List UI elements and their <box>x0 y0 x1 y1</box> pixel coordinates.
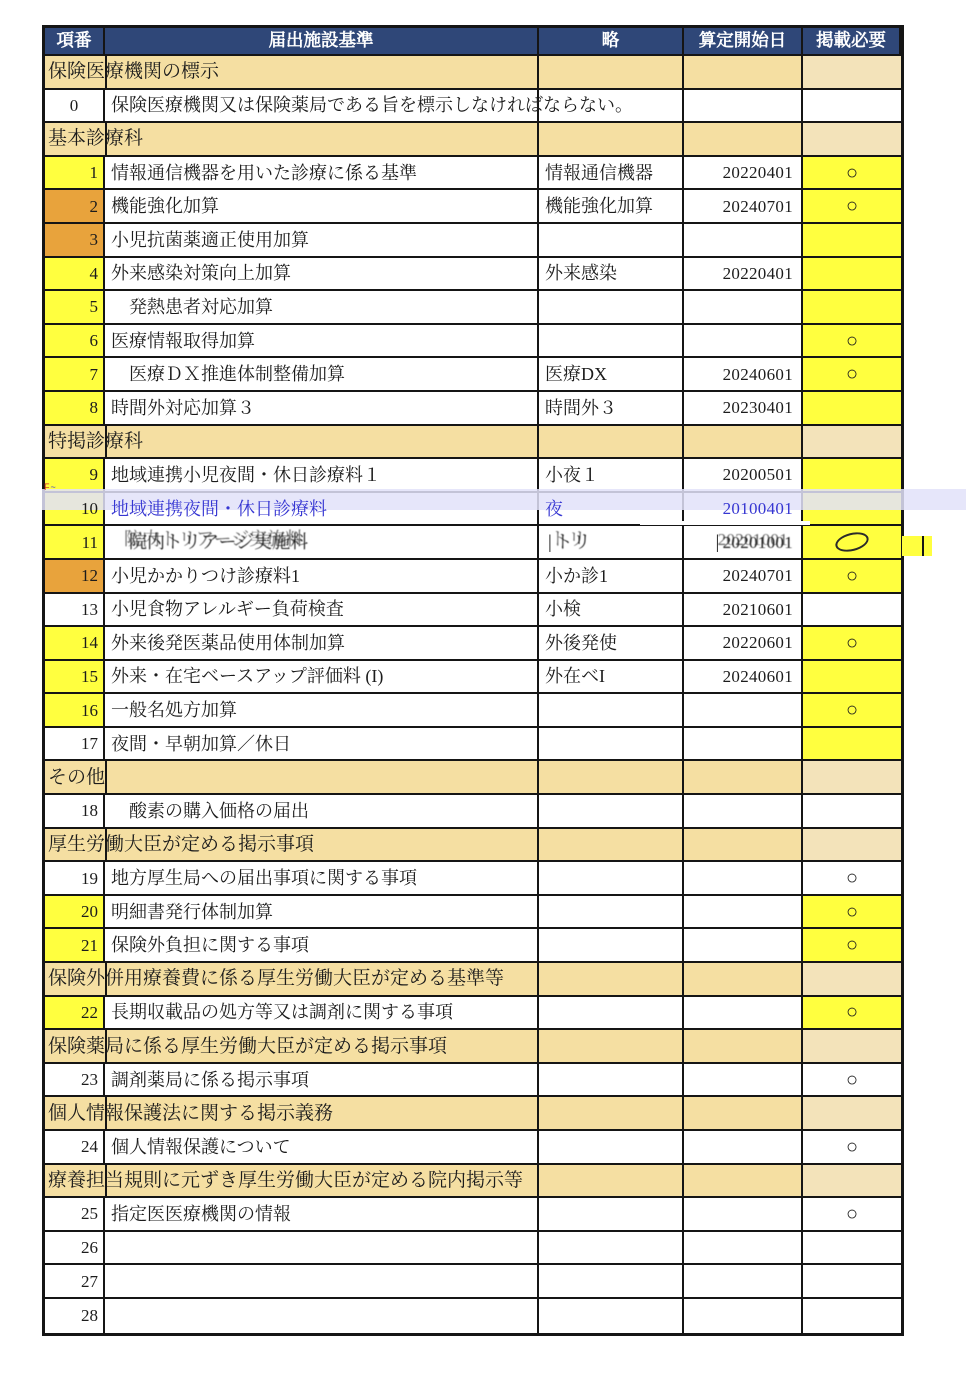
item-number: 27 <box>81 1273 98 1290</box>
table-row: 13小児食物アレルギー負荷検査小検20210601 <box>45 594 901 628</box>
distorted-circle-mark <box>833 529 870 555</box>
table-row: 24個人情報保護について○ <box>45 1131 901 1165</box>
abbreviation: 小検 <box>545 600 581 618</box>
item-number: 17 <box>81 735 98 752</box>
item-number-cell[interactable]: 5 <box>45 291 105 323</box>
section-title: その他 <box>48 768 105 787</box>
header-cell-start-date[interactable]: 算定開始日 <box>684 28 803 54</box>
standard-name-cell[interactable]: 院内トリアージ実施料 <box>105 526 539 558</box>
section-date-cell[interactable] <box>684 963 803 995</box>
standard-name: 時間外対応加算３ <box>111 399 255 417</box>
start-date-cell[interactable] <box>684 1232 803 1264</box>
post-required-cell[interactable] <box>803 459 901 491</box>
item-number: 21 <box>81 937 98 954</box>
item-number-cell[interactable]: 8 <box>45 392 105 424</box>
standard-name-cell[interactable]: 明細書発行体制加算 <box>105 896 539 928</box>
post-required-cell[interactable] <box>803 258 901 290</box>
table-row: 7医療ＤＸ推進体制整備加算医療DX20240601○ <box>45 358 901 392</box>
post-required-cell[interactable] <box>803 392 901 424</box>
table-row: 28 <box>45 1299 901 1333</box>
post-required-cell[interactable] <box>803 224 901 256</box>
post-required-cell[interactable] <box>803 594 901 626</box>
item-number: 15 <box>81 668 98 685</box>
post-required-cell[interactable]: ○ <box>803 1198 901 1230</box>
section-title: 特掲診療科 <box>48 432 143 451</box>
item-number: 5 <box>90 298 99 315</box>
section-title: 保険医療機関の標示 <box>48 62 219 81</box>
section-title-cell[interactable]: 厚生労働大臣が定める掲示事項 <box>45 829 539 861</box>
abbreviation-cell[interactable]: 医療DX <box>539 358 684 390</box>
spreadsheet-page: 項番 届出施設基準 略 算定開始日 掲載必要 保険医療機関の標示0保険医療機関又… <box>0 0 966 1374</box>
table-row: 6医療情報取得加算○ <box>45 325 901 359</box>
start-date-cell[interactable] <box>684 1198 803 1230</box>
start-date-cell[interactable]: 20240601 <box>684 358 803 390</box>
start-date-cell[interactable]: 20200501 <box>684 459 803 491</box>
header-label: 略 <box>602 32 620 50</box>
artifact-bar: | <box>712 533 722 552</box>
abbreviation-cell[interactable] <box>539 1299 684 1333</box>
table-row: 19地方厚生局への届出事項に関する事項○ <box>45 862 901 896</box>
item-number: 1 <box>90 164 99 181</box>
item-number: 22 <box>81 1004 98 1021</box>
item-number-cell[interactable]: 25 <box>45 1198 105 1230</box>
post-required-cell[interactable] <box>803 493 901 525</box>
abbreviation-cell[interactable] <box>539 1232 684 1264</box>
standard-name-cell[interactable]: 時間外対応加算３ <box>105 392 539 424</box>
item-number: 25 <box>81 1205 98 1222</box>
item-number: 0 <box>70 97 79 114</box>
start-date-cell[interactable]: 20220401 <box>684 258 803 290</box>
section-title: 基本診療科 <box>48 129 143 148</box>
standard-name-cell[interactable]: 小児抗菌薬適正使用加算 <box>105 224 539 256</box>
start-date: 20240601 <box>723 668 793 685</box>
table-row: 25指定医医療機関の情報○ <box>45 1198 901 1232</box>
post-required-cell[interactable]: ○ <box>803 358 901 390</box>
item-number-cell[interactable]: 27 <box>45 1265 105 1297</box>
standard-name-cell[interactable]: 一般名処方加算 <box>105 694 539 726</box>
standard-name: 発熱患者対応加算 <box>111 298 273 316</box>
start-date: 20240701 <box>723 567 793 584</box>
standard-name-cell[interactable]: 外来・在宅ベースアップ評価料 (I) <box>105 661 539 693</box>
abbreviation: 時間外３ <box>545 399 617 417</box>
start-date: 20100401 <box>723 500 793 517</box>
abbreviation-cell[interactable] <box>539 1064 684 1096</box>
standard-name-cell[interactable]: 地方厚生局への届出事項に関する事項 <box>105 862 539 894</box>
post-required-cell[interactable]: ○ <box>803 1064 901 1096</box>
standard-name: 機能強化加算 <box>111 197 219 215</box>
abbreviation-cell[interactable]: 機能強化加算 <box>539 190 684 222</box>
section-date-cell[interactable] <box>684 426 803 458</box>
start-date-cell[interactable]: 20230401 <box>684 392 803 424</box>
table-row: 21保険外負担に関する事項○ <box>45 929 901 963</box>
post-required-cell[interactable]: ○ <box>803 157 901 189</box>
item-number-cell[interactable]: 19 <box>45 862 105 894</box>
start-date-cell[interactable]: 20210601 <box>684 594 803 626</box>
standard-name-cell[interactable] <box>105 1299 539 1333</box>
start-date-cell[interactable] <box>684 1299 803 1333</box>
section-abbr-cell[interactable] <box>539 1097 684 1129</box>
item-number-cell[interactable]: 21 <box>45 929 105 961</box>
standard-name: 長期収載品の処方等又は調剤に関する事項 <box>111 1003 453 1021</box>
section-title: 個人情報保護法に関する掲示義務 <box>48 1104 333 1123</box>
start-date-cell[interactable] <box>684 896 803 928</box>
post-required-cell[interactable]: ○ <box>803 896 901 928</box>
abbreviation-cell[interactable] <box>539 1198 684 1230</box>
start-date-cell[interactable] <box>684 1265 803 1297</box>
section-row: 基本診療科 <box>45 123 901 157</box>
abbreviation-cell[interactable] <box>539 694 684 726</box>
post-required-cell[interactable] <box>803 1299 901 1333</box>
section-req-cell[interactable] <box>803 123 901 155</box>
item-number: 3 <box>90 231 99 248</box>
start-date-cell[interactable]: 20220401 <box>684 157 803 189</box>
standard-name: 外来後発医薬品使用体制加算 <box>111 634 345 652</box>
header-cell-abbreviation[interactable]: 略 <box>539 28 684 54</box>
standard-name-cell[interactable]: 地域連携小児夜間・休日診療料１ <box>105 459 539 491</box>
abbreviation: 夜 <box>545 500 563 518</box>
standard-name-cell[interactable]: 保険医療機関又は保険薬局である旨を標示しなければならない。 <box>105 90 539 122</box>
start-date-cell[interactable] <box>684 728 803 760</box>
section-abbr-cell[interactable] <box>539 761 684 793</box>
section-row: 保険外併用療養費に係る厚生労働大臣が定める基準等 <box>45 963 901 997</box>
section-title-cell[interactable]: 特掲診療科 <box>45 426 539 458</box>
section-title-cell[interactable]: 療養担当規則に元ずき厚生労働大臣が定める院内掲示等 <box>45 1165 539 1197</box>
standard-name: 院内トリアージ実施料 <box>111 533 308 551</box>
post-required-cell[interactable] <box>803 728 901 760</box>
abbreviation-cell[interactable]: 小か診1 <box>539 560 684 592</box>
item-number: 19 <box>81 870 98 887</box>
start-date: 20230401 <box>723 399 793 416</box>
abbreviation-cell[interactable] <box>539 325 684 357</box>
abbreviation-cell[interactable] <box>539 862 684 894</box>
item-number-cell[interactable]: 24 <box>45 1131 105 1163</box>
standard-name-cell[interactable]: 機能強化加算 <box>105 190 539 222</box>
circle-mark: ○ <box>846 935 858 955</box>
circle-mark: ○ <box>846 1204 858 1224</box>
start-date-cell[interactable]: 20240701 <box>684 560 803 592</box>
item-number-cell[interactable]: 11 <box>45 526 105 558</box>
standard-name-cell[interactable]: 酸素の購入価格の届出 <box>105 795 539 827</box>
start-date-cell[interactable]: 20100401 <box>684 493 803 525</box>
section-date-cell[interactable] <box>684 1165 803 1197</box>
header-label: 届出施設基準 <box>269 32 374 50</box>
section-abbr-cell[interactable] <box>539 829 684 861</box>
standard-name-cell[interactable] <box>105 1265 539 1297</box>
abbreviation-cell[interactable] <box>539 997 684 1029</box>
abbreviation-cell[interactable] <box>539 929 684 961</box>
section-title-cell[interactable]: 保険医療機関の標示 <box>45 56 539 88</box>
section-req-cell[interactable] <box>803 1165 901 1197</box>
post-required-cell[interactable] <box>803 526 901 558</box>
start-date-cell[interactable] <box>684 929 803 961</box>
item-number: 6 <box>90 332 99 349</box>
start-date-cell[interactable] <box>684 997 803 1029</box>
section-abbr-cell[interactable] <box>539 1165 684 1197</box>
start-date: 20210601 <box>723 601 793 618</box>
header-cell-standard[interactable]: 届出施設基準 <box>105 28 539 54</box>
abbreviation: 医療DX <box>545 365 607 383</box>
section-date-cell[interactable] <box>684 123 803 155</box>
start-date-cell[interactable]: 20240701 <box>684 190 803 222</box>
standard-name-cell[interactable]: 情報通信機器を用いた診療に係る基準 <box>105 157 539 189</box>
abbreviation: 情報通信機器 <box>545 164 653 182</box>
abbreviation-cell[interactable] <box>539 728 684 760</box>
section-date-cell[interactable] <box>684 761 803 793</box>
item-number-cell[interactable]: 14 <box>45 627 105 659</box>
item-number: 14 <box>81 634 98 651</box>
circle-mark: ○ <box>846 902 858 922</box>
section-title-cell[interactable]: 基本診療科 <box>45 123 539 155</box>
item-number-cell[interactable]: 9 <box>45 459 105 491</box>
abbreviation-cell[interactable] <box>539 1265 684 1297</box>
standard-name-cell[interactable]: 発熱患者対応加算 <box>105 291 539 323</box>
table-row: 5発熱患者対応加算 <box>45 291 901 325</box>
start-date-cell[interactable]: 20220601 <box>684 627 803 659</box>
item-number: 28 <box>81 1307 98 1324</box>
section-title: 厚生労働大臣が定める掲示事項 <box>48 835 314 854</box>
section-title-cell[interactable]: 保険薬局に係る厚生労働大臣が定める掲示事項 <box>45 1030 539 1062</box>
section-row: 保険薬局に係る厚生労働大臣が定める掲示事項 <box>45 1030 901 1064</box>
table-row: 17夜間・早朝加算／休日 <box>45 728 901 762</box>
standard-name: 情報通信機器を用いた診療に係る基準 <box>111 164 417 182</box>
table-row: 16一般名処方加算○ <box>45 694 901 728</box>
abbreviation-cell[interactable]: 外来感染 <box>539 258 684 290</box>
post-required-cell[interactable] <box>803 1265 901 1297</box>
section-req-cell[interactable] <box>803 1030 901 1062</box>
table-row: 12小児かかりつけ診療料1小か診120240701○ <box>45 560 901 594</box>
post-required-cell[interactable]: ○ <box>803 997 901 1029</box>
table-row: 22長期収載品の処方等又は調剤に関する事項○ <box>45 997 901 1031</box>
start-date: 20220601 <box>723 634 793 651</box>
standard-name-cell[interactable]: 長期収載品の処方等又は調剤に関する事項 <box>105 997 539 1029</box>
post-required-cell[interactable]: ○ <box>803 560 901 592</box>
section-date-cell[interactable] <box>684 829 803 861</box>
standard-name: 医療情報取得加算 <box>111 332 255 350</box>
standard-name: 医療ＤＸ推進体制整備加算 <box>111 365 345 383</box>
section-req-cell[interactable] <box>803 761 901 793</box>
standard-name: 保険外負担に関する事項 <box>111 936 309 954</box>
start-date: 20240601 <box>723 366 793 383</box>
start-date-cell[interactable] <box>684 1131 803 1163</box>
section-req-cell[interactable] <box>803 829 901 861</box>
item-number: 11 <box>82 534 98 551</box>
standard-name-cell[interactable]: 指定医医療機関の情報 <box>105 1198 539 1230</box>
abbreviation-cell[interactable]: 時間外３ <box>539 392 684 424</box>
table-row: 4外来感染対策向上加算外来感染20220401 <box>45 258 901 292</box>
section-title: 保険薬局に係る厚生労働大臣が定める掲示事項 <box>48 1037 447 1056</box>
table-row: 18酸素の購入価格の届出 <box>45 795 901 829</box>
table-row: 8時間外対応加算３時間外３20230401 <box>45 392 901 426</box>
section-row: 保険医療機関の標示 <box>45 56 901 90</box>
post-required-cell[interactable] <box>803 795 901 827</box>
item-number: 20 <box>81 903 98 920</box>
standard-name: 酸素の購入価格の届出 <box>111 802 309 820</box>
start-date: 20220401 <box>723 265 793 282</box>
standard-name-cell[interactable]: 調剤薬局に係る掲示事項 <box>105 1064 539 1096</box>
header-label: 項番 <box>57 32 92 50</box>
standard-name-cell[interactable]: 小児かかりつけ診療料1 <box>105 560 539 592</box>
section-date-cell[interactable] <box>684 1097 803 1129</box>
item-number: 2 <box>90 198 99 215</box>
standard-name-cell[interactable]: 医療ＤＸ推進体制整備加算 <box>105 358 539 390</box>
abbreviation: トリ <box>555 533 591 551</box>
table-row: 23調剤薬局に係る掲示事項○ <box>45 1064 901 1098</box>
start-date-cell[interactable] <box>684 1064 803 1096</box>
start-date-cell[interactable] <box>684 795 803 827</box>
item-number-cell[interactable]: 13 <box>45 594 105 626</box>
post-required-cell[interactable] <box>803 1232 901 1264</box>
standard-name-cell[interactable]: 夜間・早朝加算／休日 <box>105 728 539 760</box>
abbreviation: 外来感染 <box>545 264 617 282</box>
post-required-cell[interactable]: ○ <box>803 862 901 894</box>
section-req-cell[interactable] <box>803 1097 901 1129</box>
standard-name: 指定医医療機関の情報 <box>111 1205 291 1223</box>
standard-name: 調剤薬局に係る掲示事項 <box>111 1071 309 1089</box>
start-date-cell[interactable] <box>684 291 803 323</box>
standard-name: 保険医療機関又は保険薬局である旨を標示しなければならない。 <box>111 96 633 114</box>
post-required-cell[interactable]: ○ <box>803 627 901 659</box>
section-row: 療養担当規則に元ずき厚生労働大臣が定める院内掲示等 <box>45 1165 901 1199</box>
section-title-cell[interactable]: 保険外併用療養費に係る厚生労働大臣が定める基準等 <box>45 963 539 995</box>
abbreviation-cell[interactable]: 情報通信機器 <box>539 157 684 189</box>
start-date-cell[interactable]: |20201001 <box>684 526 803 558</box>
standard-name-cell[interactable]: 小児食物アレルギー負荷検査 <box>105 594 539 626</box>
section-date-cell[interactable] <box>684 1030 803 1062</box>
item-number-cell[interactable]: 16 <box>45 694 105 726</box>
standard-name: 外来感染対策向上加算 <box>111 264 291 282</box>
standard-name-cell[interactable]: 外来感染対策向上加算 <box>105 258 539 290</box>
post-required-cell[interactable]: ○ <box>803 1131 901 1163</box>
abbreviation: 機能強化加算 <box>545 197 653 215</box>
start-date: 20201001 <box>723 534 793 551</box>
abbreviation-cell[interactable]: 小夜１ <box>539 459 684 491</box>
abbreviation-cell[interactable] <box>539 224 684 256</box>
item-number-cell[interactable]: 3 <box>45 224 105 256</box>
abbreviation-cell[interactable]: 小検 <box>539 594 684 626</box>
item-number-cell[interactable]: 4 <box>45 258 105 290</box>
abbreviation-cell[interactable] <box>539 795 684 827</box>
item-number: 24 <box>81 1138 98 1155</box>
item-number: 8 <box>90 399 99 416</box>
item-number-cell[interactable]: 7 <box>45 358 105 390</box>
standard-name: 小児抗菌薬適正使用加算 <box>111 231 309 249</box>
item-number: 13 <box>81 601 98 618</box>
post-required-cell[interactable]: ○ <box>803 694 901 726</box>
item-number-cell[interactable]: 22 <box>45 997 105 1029</box>
item-number-cell[interactable]: 15 <box>45 661 105 693</box>
abbreviation-cell[interactable]: 夜 <box>539 493 684 525</box>
item-number-cell[interactable]: 10 <box>45 493 105 525</box>
standard-name-cell[interactable]: 個人情報保護について <box>105 1131 539 1163</box>
section-row: 特掲診療科 <box>45 426 901 460</box>
start-date-cell[interactable] <box>684 224 803 256</box>
item-number-cell[interactable]: 26 <box>45 1232 105 1264</box>
section-title-cell[interactable]: 個人情報保護法に関する掲示義務 <box>45 1097 539 1129</box>
header-cell-post-required[interactable]: 掲載必要 <box>803 28 901 54</box>
standard-name-cell[interactable]: 医療情報取得加算 <box>105 325 539 357</box>
standard-name-cell[interactable] <box>105 1232 539 1264</box>
circle-mark: ○ <box>846 868 858 888</box>
start-date-cell[interactable] <box>684 325 803 357</box>
artifact-bar: | <box>545 533 555 552</box>
item-number: 18 <box>81 802 98 819</box>
abbreviation-cell[interactable]: 外在ベI <box>539 661 684 693</box>
section-abbr-cell[interactable] <box>539 426 684 458</box>
section-req-cell[interactable] <box>803 426 901 458</box>
item-number: 16 <box>81 702 98 719</box>
start-date: 20200501 <box>723 466 793 483</box>
table-row: 2機能強化加算機能強化加算20240701○ <box>45 190 901 224</box>
item-number: 10 <box>81 500 98 517</box>
standard-name-cell[interactable]: 外来後発医薬品使用体制加算 <box>105 627 539 659</box>
start-date: 20220401 <box>723 164 793 181</box>
abbreviation: 小夜１ <box>545 466 599 484</box>
post-required-cell[interactable]: ○ <box>803 325 901 357</box>
start-date-cell[interactable] <box>684 862 803 894</box>
standard-name: 地域連携夜間・休日診療料 <box>111 500 327 518</box>
item-number-cell[interactable]: 17 <box>45 728 105 760</box>
section-date-cell[interactable] <box>684 56 803 88</box>
post-required-cell[interactable]: ○ <box>803 190 901 222</box>
post-required-cell[interactable] <box>803 291 901 323</box>
item-number-cell[interactable]: 0 <box>45 90 105 122</box>
section-title-cell[interactable]: その他 <box>45 761 539 793</box>
item-number-cell[interactable]: 2 <box>45 190 105 222</box>
table-row: 26 <box>45 1232 901 1266</box>
section-abbr-cell[interactable] <box>539 56 684 88</box>
abbreviation: 小か診1 <box>545 567 608 585</box>
item-number-cell[interactable]: 20 <box>45 896 105 928</box>
section-row: 厚生労働大臣が定める掲示事項 <box>45 829 901 863</box>
circle-mark: ○ <box>846 633 858 653</box>
post-required-cell[interactable] <box>803 90 901 122</box>
circle-mark: ○ <box>846 196 858 216</box>
item-number-cell[interactable]: 6 <box>45 325 105 357</box>
start-date-cell[interactable] <box>684 90 803 122</box>
item-number-cell[interactable]: 28 <box>45 1299 105 1333</box>
section-abbr-cell[interactable] <box>539 1030 684 1062</box>
item-number-cell[interactable]: 23 <box>45 1064 105 1096</box>
section-abbr-cell[interactable] <box>539 963 684 995</box>
header-label: 掲載必要 <box>816 32 886 50</box>
abbreviation-cell[interactable] <box>539 1131 684 1163</box>
item-number: 4 <box>90 265 99 282</box>
item-number-cell[interactable]: 12 <box>45 560 105 592</box>
section-req-cell[interactable] <box>803 56 901 88</box>
post-required-cell[interactable]: ○ <box>803 929 901 961</box>
post-required-cell[interactable] <box>803 661 901 693</box>
table-row: 3小児抗菌薬適正使用加算 <box>45 224 901 258</box>
circle-mark: ○ <box>846 1002 858 1022</box>
abbreviation-cell[interactable] <box>539 291 684 323</box>
standard-name: 個人情報保護について <box>111 1138 291 1156</box>
item-number-cell[interactable]: 18 <box>45 795 105 827</box>
section-req-cell[interactable] <box>803 963 901 995</box>
circle-mark: ○ <box>846 1137 858 1157</box>
standard-name: 小児かかりつけ診療料1 <box>111 567 300 585</box>
section-abbr-cell[interactable] <box>539 123 684 155</box>
start-date-cell[interactable] <box>684 694 803 726</box>
item-number-cell[interactable]: 1 <box>45 157 105 189</box>
abbreviation-cell[interactable]: 外後発使 <box>539 627 684 659</box>
abbreviation-cell[interactable] <box>539 896 684 928</box>
start-date-cell[interactable]: 20240601 <box>684 661 803 693</box>
header-cell-item-number[interactable]: 項番 <box>45 28 105 54</box>
standard-name-cell[interactable]: 保険外負担に関する事項 <box>105 929 539 961</box>
standard-name-cell[interactable]: 地域連携夜間・休日診療料 <box>105 493 539 525</box>
table-row: 15外来・在宅ベースアップ評価料 (I)外在ベI20240601 <box>45 661 901 695</box>
abbreviation-cell[interactable]: |トリ <box>539 526 684 558</box>
